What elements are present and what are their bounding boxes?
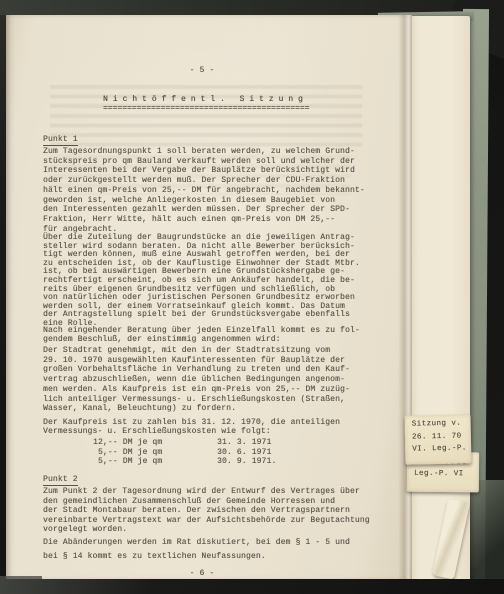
schedule-row: 12,-- DM je qm31. 3. 1971 bbox=[93, 438, 276, 448]
schedule-amount: 5,-- DM je qm bbox=[93, 457, 217, 467]
tab-label-period: VI. Leg.-P. bbox=[412, 444, 467, 453]
scanned-book-photo: - 5 - Nichtöffentl. Sitzung ============… bbox=[0, 0, 504, 594]
section-title-punkt-1: Punkt 1 bbox=[43, 135, 78, 144]
tab-label-date: 26. 11. 70 bbox=[412, 432, 462, 441]
paragraph-4: Der Stadtrat genehmigt, mit den in der S… bbox=[43, 346, 350, 414]
schedule-row: 5,-- DM je qm30. 6. 1971 bbox=[93, 448, 276, 458]
paragraph-5: Der Kaufpreis ist zu zahlen bis 31. 12. … bbox=[43, 418, 340, 437]
section-title-punkt-2: Punkt 2 bbox=[43, 475, 78, 484]
binder-bottom-edge bbox=[0, 579, 504, 594]
schedule-amount: 5,-- DM je qm bbox=[93, 448, 217, 458]
schedule-due-date: 30. 6. 1971 bbox=[217, 448, 271, 457]
paragraph-2: Über die Zuteilung der Baugrundstücke an… bbox=[43, 234, 360, 329]
index-tab-upper: Sitzung v. 26. 11. 70 VI. Leg.-P. bbox=[404, 414, 471, 464]
schedule-due-date: 31. 3. 1971 bbox=[217, 438, 271, 447]
page-number-bottom: - 6 - bbox=[37, 569, 367, 578]
underlying-page-edge bbox=[408, 16, 470, 583]
payment-schedule: 12,-- DM je qm31. 3. 1971 5,-- DM je qm3… bbox=[93, 438, 276, 467]
schedule-amount: 12,-- DM je qm bbox=[93, 438, 217, 448]
paragraph-6: Zum Punkt 2 der Tagesordnung wird der En… bbox=[43, 487, 370, 535]
schedule-due-date: 30. 9. 1971. bbox=[217, 457, 276, 466]
schedule-row: 5,-- DM je qm30. 9. 1971. bbox=[93, 457, 276, 467]
page-crease bbox=[398, 15, 412, 580]
page-number-top: - 5 - bbox=[37, 66, 367, 75]
paragraph-1: Zum Tagesordnungspunkt 1 soll beraten we… bbox=[43, 147, 365, 234]
document-page: - 5 - Nichtöffentl. Sitzung ============… bbox=[6, 15, 412, 580]
paragraph-7: Die Abänderungen werden im Rat diskutier… bbox=[43, 536, 350, 563]
tab-label-session: Sitzung v. bbox=[412, 420, 462, 429]
heading-underline: ========================================… bbox=[103, 104, 309, 113]
paragraph-3: Nach eingehender Beratung über jeden Ein… bbox=[43, 326, 360, 345]
tab-label: Leg.-P. VI bbox=[414, 470, 464, 479]
